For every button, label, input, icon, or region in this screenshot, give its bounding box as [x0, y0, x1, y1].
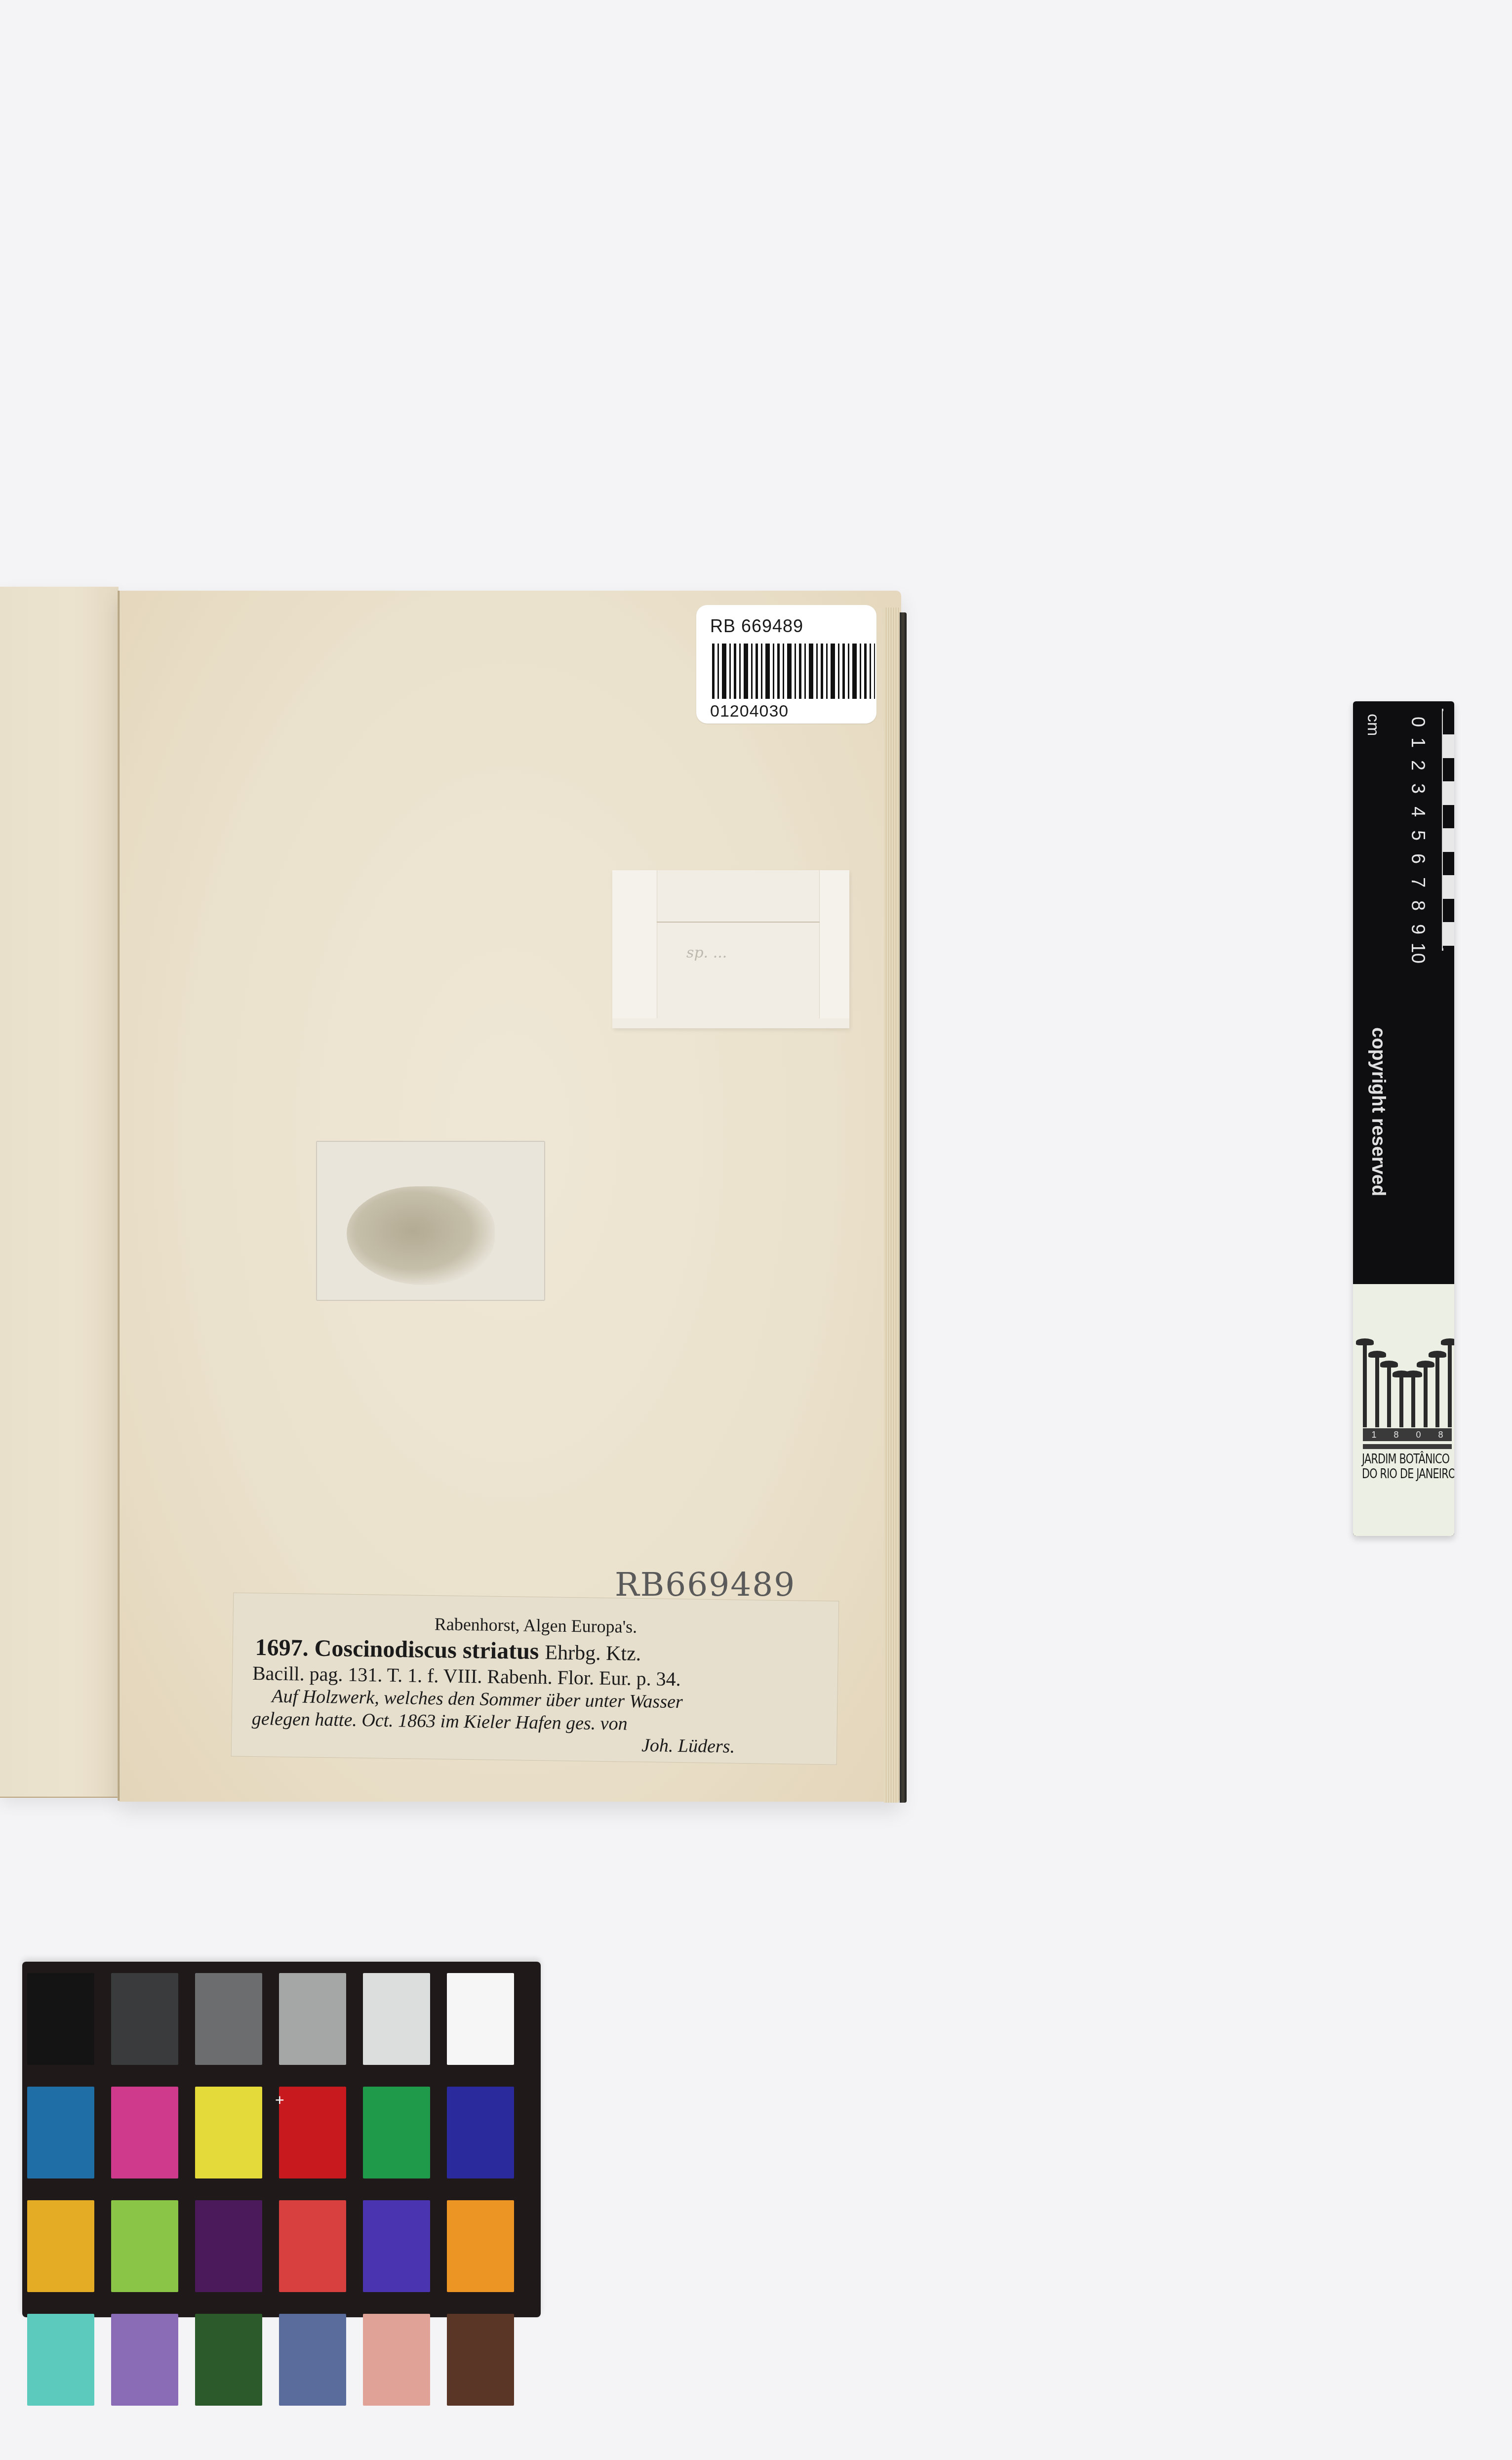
crosshair-icon: +: [275, 2091, 284, 2109]
packet-flap-left: [612, 870, 657, 1018]
color-swatch: [447, 1973, 514, 2065]
color-swatch: [447, 2314, 514, 2406]
color-swatch: [111, 2200, 178, 2292]
label-taxon-name: 1697. Coscinodiscus striatus: [255, 1634, 539, 1664]
book-page-edges: [884, 607, 899, 1803]
color-swatch: [27, 2200, 94, 2292]
color-swatch: [279, 1973, 346, 2065]
color-checker: +: [22, 1962, 541, 2317]
color-swatch: [363, 2314, 430, 2406]
ruler-tick: 1: [1407, 733, 1428, 753]
ruler-tick: 2: [1407, 756, 1428, 775]
specimen-packet: sp. ...: [612, 870, 849, 1028]
packet-flap-right: [819, 870, 849, 1018]
ruler-tick: 7: [1407, 873, 1428, 892]
ruler-tick: 3: [1407, 779, 1428, 799]
ruler-unit: cm: [1363, 714, 1383, 736]
ruler-tick: 4: [1407, 802, 1428, 822]
color-swatch: [447, 2087, 514, 2178]
ruler-checker-bars: [1443, 711, 1454, 948]
color-swatch: [111, 2087, 178, 2178]
color-swatch: [111, 2314, 178, 2406]
label-taxon: 1697. Coscinodiscus striatus Ehrbg. Ktz.: [255, 1634, 641, 1666]
label-collector: Joh. Lüders.: [641, 1734, 735, 1758]
label-taxon-author: Ehrbg. Ktz.: [545, 1641, 641, 1665]
color-swatch: [195, 2087, 262, 2178]
printed-label: Rabenhorst, Algen Europa's. 1697. Coscin…: [231, 1592, 839, 1765]
color-swatch: [195, 2200, 262, 2292]
palm-trees-icon: [1363, 1338, 1452, 1427]
scale-ruler: cm 0 1 2 3 4 5 6 7 8 9 10 copyright rese…: [1353, 701, 1454, 1536]
color-swatch: [363, 2087, 430, 2178]
color-swatch: [279, 2314, 346, 2406]
specimen-sample: [347, 1186, 495, 1285]
color-swatch: [363, 2200, 430, 2292]
institution-name: JARDIM BOTÂNICO DO RIO DE JANEIRO: [1362, 1452, 1435, 1482]
label-locality: gelegen hatte. Oct. 1863 im Kieler Hafen…: [252, 1708, 628, 1735]
color-swatch: [279, 2200, 346, 2292]
ruler-tick: 10: [1407, 943, 1428, 963]
ruler-tick: 6: [1407, 849, 1428, 869]
color-swatch: [27, 2087, 94, 2178]
color-swatch: [195, 1973, 262, 2065]
color-swatch: [27, 1973, 94, 2065]
packet-pencil-note: sp. ...: [686, 944, 727, 962]
ruler-copyright: copyright reserved: [1367, 1027, 1389, 1196]
logo-bar: [1363, 1444, 1452, 1449]
book-spine: [900, 612, 907, 1803]
book-left-page: [0, 587, 119, 1798]
color-swatch: [447, 2200, 514, 2292]
barcode-number: 01204030: [710, 702, 789, 721]
ruler-tick: 0: [1407, 712, 1428, 732]
color-swatch: [111, 1973, 178, 2065]
specimen-slide: [316, 1141, 545, 1301]
barcode-icon: [712, 644, 875, 699]
ruler-tick: 8: [1407, 896, 1428, 916]
color-swatch: [363, 1973, 430, 2065]
color-swatch: [279, 2087, 346, 2178]
book-gutter: [118, 591, 119, 1801]
color-swatch: [195, 2314, 262, 2406]
barcode-label: RB 669489 01204030: [696, 605, 876, 724]
ruler-tick: 5: [1407, 826, 1428, 846]
logo-year: 1 8 0 8: [1363, 1428, 1452, 1441]
institution-logo: 1 8 0 8 JARDIM BOTÂNICO DO RIO DE JANEIR…: [1353, 1284, 1454, 1536]
ruler-tick: 9: [1407, 920, 1428, 939]
catalog-number: RB 669489: [710, 616, 803, 637]
packet-fold: [657, 922, 820, 923]
color-swatch-grid: [27, 1973, 514, 2406]
color-swatch: [27, 2314, 94, 2406]
